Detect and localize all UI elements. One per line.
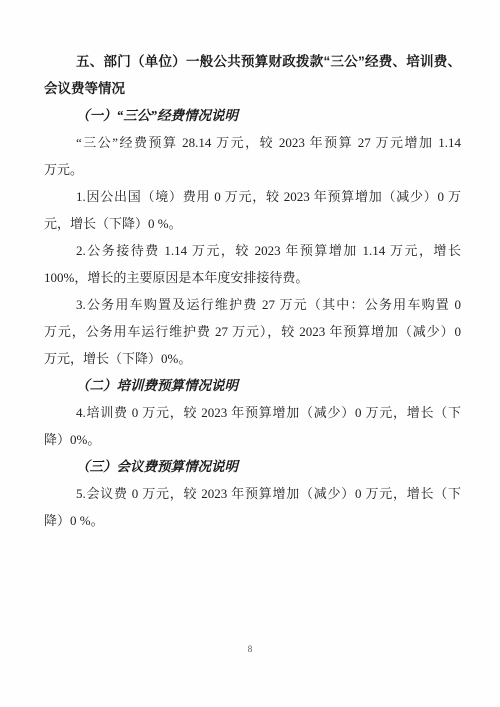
paragraph-abroad-line-1: 1.因公出国（境）费用 0 万元，较 2023 年预算增加（减少）0 万: [44, 183, 461, 210]
paragraph-training-line-2: 降）0%。: [44, 426, 461, 453]
paragraph-meeting-line-2: 降）0 %。: [44, 507, 461, 534]
paragraph-vehicle-line-2: 万元，公务用车运行维护费 27 万元），较 2023 年预算增加（减少）0: [44, 318, 461, 345]
page-number: 8: [0, 642, 500, 656]
paragraph-reception-line-2: 100%，增长的主要原因是本年度安排接待费。: [44, 264, 461, 291]
paragraph-reception-line-1: 2.公务接待费 1.14 万元，较 2023 年预算增加 1.14 万元，增长: [44, 237, 461, 264]
paragraph-summary-line-2: 万元。: [44, 156, 461, 183]
paragraph-abroad-line-2: 元，增长（下降）0 %。: [44, 210, 461, 237]
paragraph-vehicle-line-1: 3.公务用车购置及运行维护费 27 万元（其中：公务用车购置 0: [44, 291, 461, 318]
subsection-1-title: （一）“三公”经费情况说明: [44, 102, 461, 129]
section-heading-line-1: 五、部门（单位）一般公共预算财政拨款“三公”经费、培训费、: [44, 48, 461, 75]
document-body: 五、部门（单位）一般公共预算财政拨款“三公”经费、培训费、 会议费等情况 （一）…: [44, 48, 461, 534]
paragraph-meeting-line-1: 5.会议费 0 万元，较 2023 年预算增加（减少）0 万元，增长（下: [44, 480, 461, 507]
paragraph-vehicle-line-3: 万元，增长（下降）0%。: [44, 345, 461, 372]
section-heading-line-2: 会议费等情况: [44, 75, 461, 102]
subsection-2-title: （二）培训费预算情况说明: [44, 372, 461, 399]
paragraph-training-line-1: 4.培训费 0 万元，较 2023 年预算增加（减少）0 万元，增长（下: [44, 399, 461, 426]
paragraph-summary-line-1: “三公”经费预算 28.14 万元，较 2023 年预算 27 万元增加 1.1…: [44, 129, 461, 156]
subsection-3-title: （三）会议费预算情况说明: [44, 453, 461, 480]
document-page: 五、部门（单位）一般公共预算财政拨款“三公”经费、培训费、 会议费等情况 （一）…: [0, 0, 500, 707]
